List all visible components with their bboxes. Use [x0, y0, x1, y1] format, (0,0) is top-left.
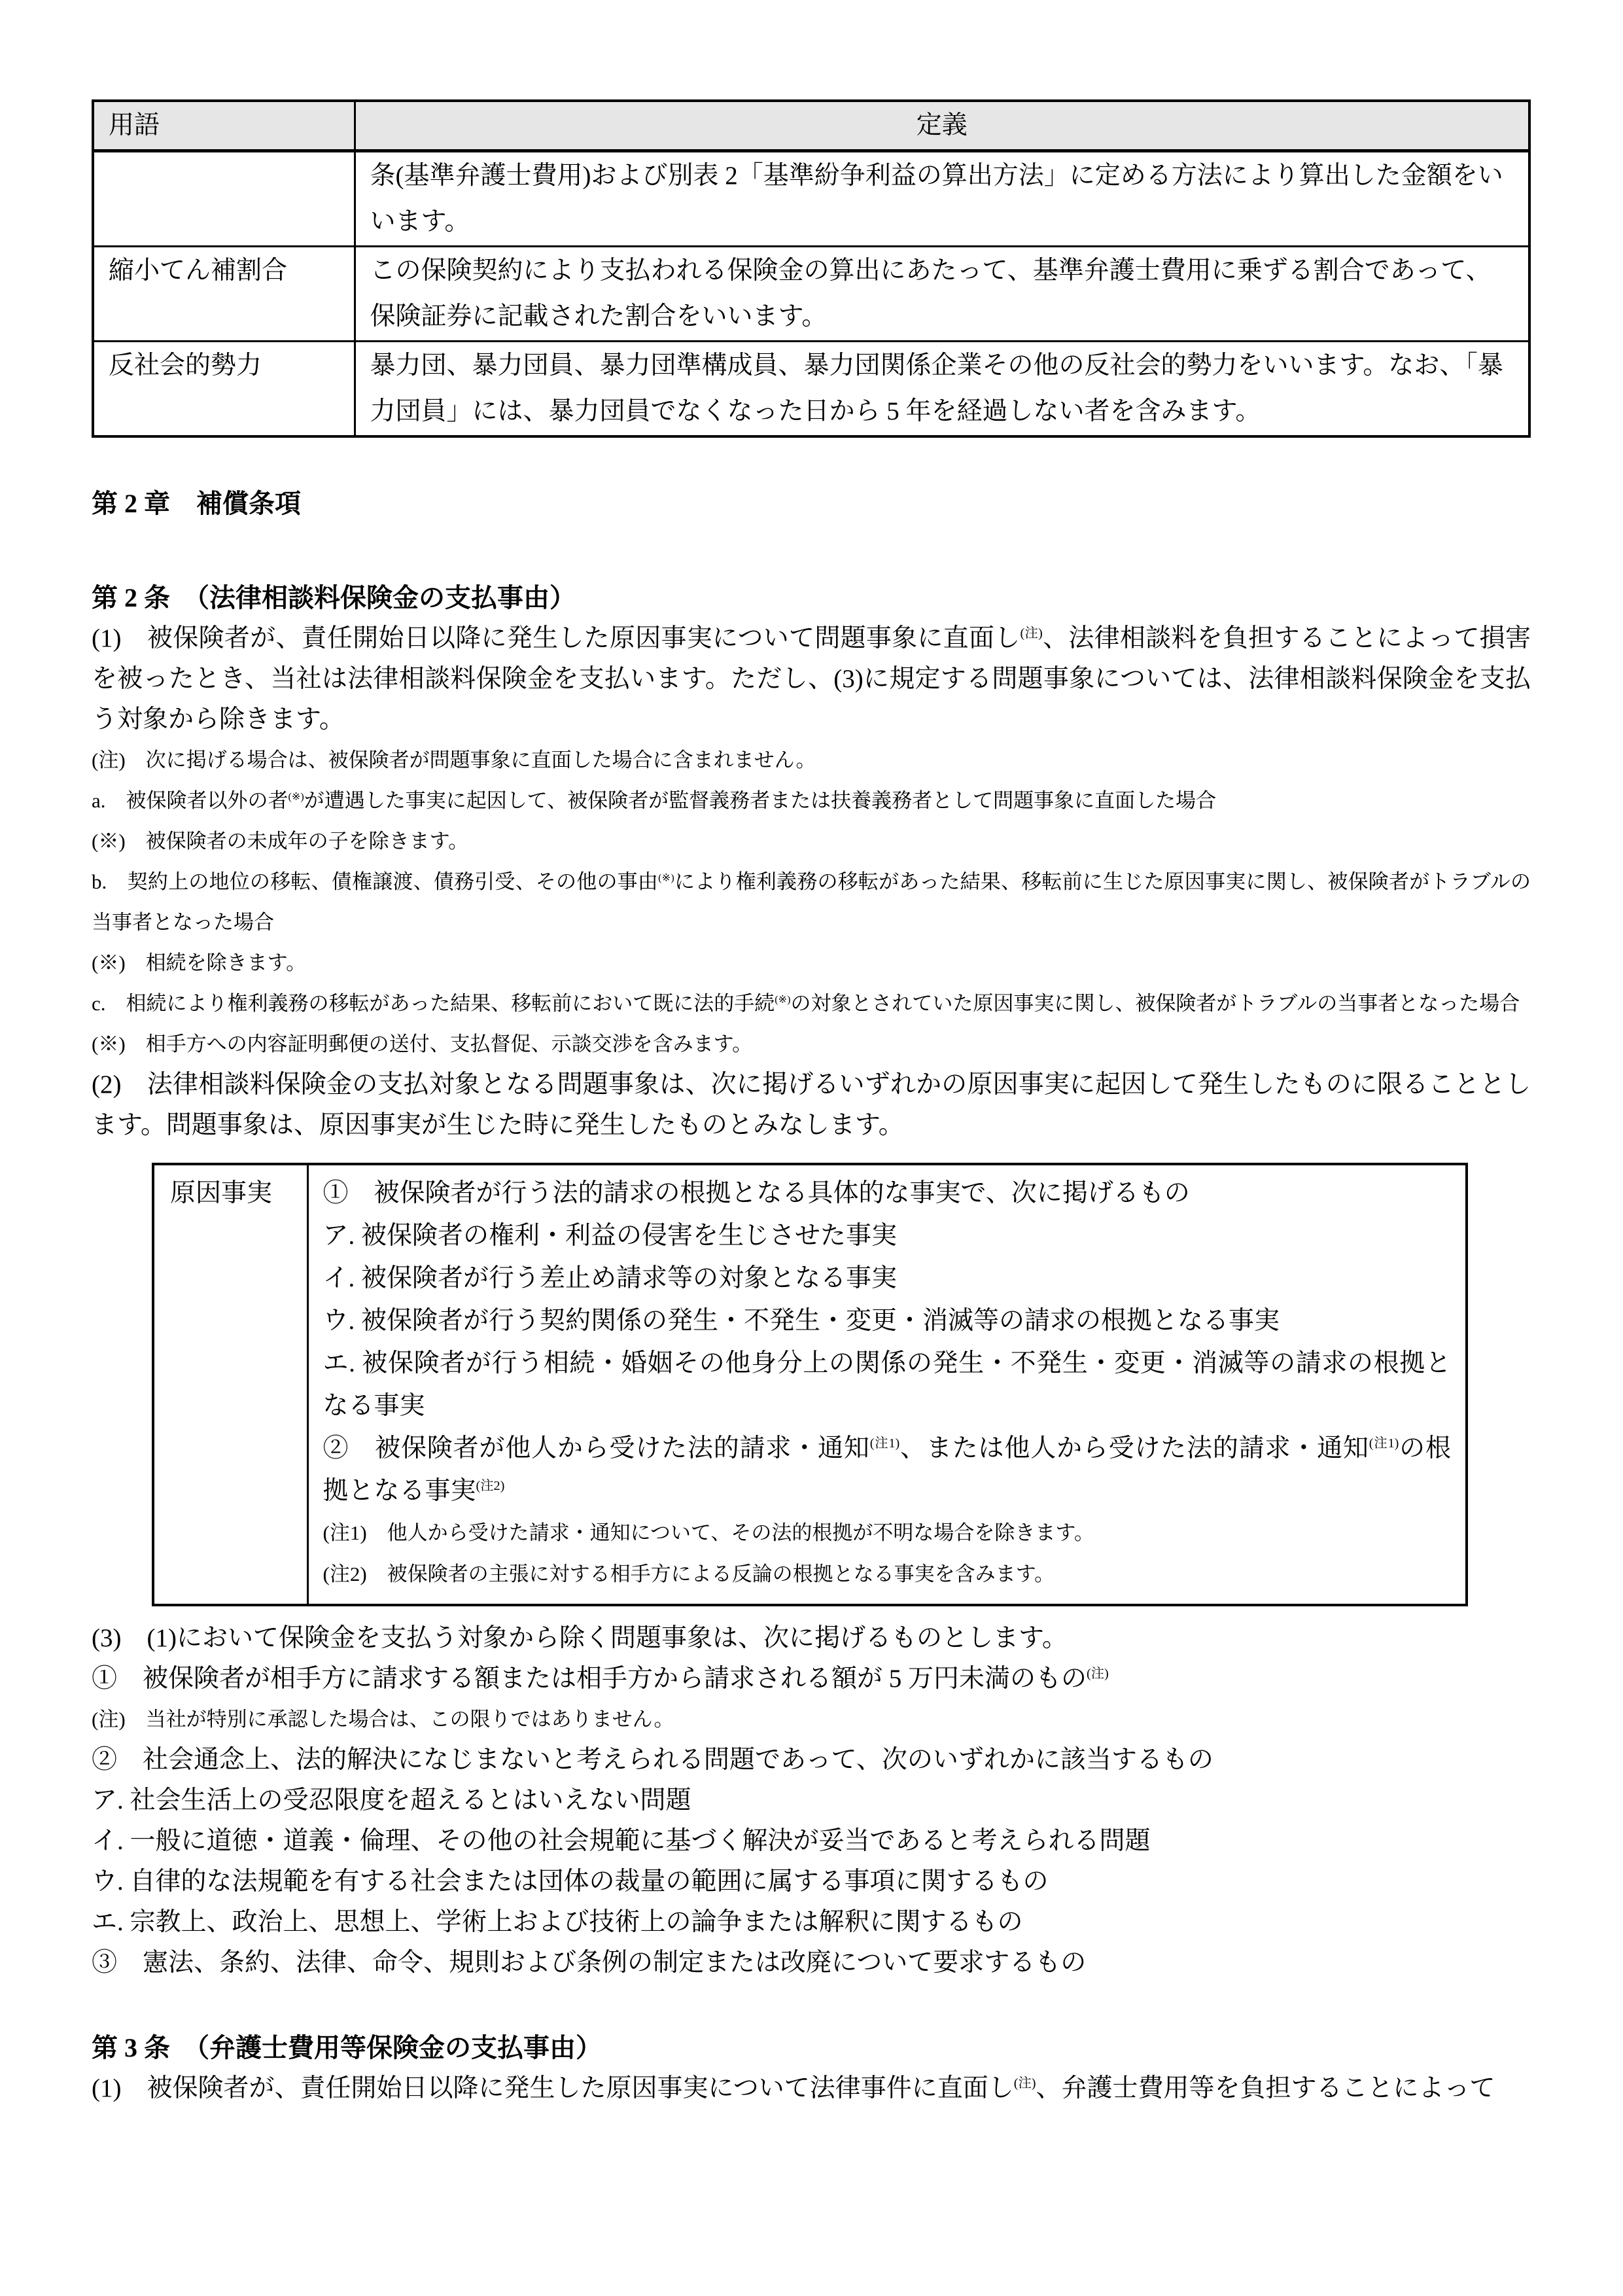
table-row: 反社会的勢力 暴力団、暴力団員、暴力団準構成員、暴力団関係企業その他の反社会的勢…	[93, 342, 1529, 437]
article2-paragraph-2: (2) 法律相談料保険金の支払対象となる問題事象は、次に掲げるいずれかの原因事実…	[92, 1065, 1531, 1146]
cause-note-1: (注1) 他人から受けた請求・通知について、その法的根拠が不明な場合を除きます。	[323, 1512, 1452, 1553]
cause-sub-a: ア. 被保険者の権利・利益の侵害を生じさせた事実	[323, 1214, 1452, 1257]
exclusion-item-1-note: (注) 当社が特別に承認した場合は、この限りではありません。	[92, 1699, 1531, 1740]
exclusion-item-2: ② 社会通念上、法的解決になじまないと考えられる問題であって、次のいずれかに該当…	[92, 1740, 1531, 1780]
cause-item-2: ② 被保険者が他人から受けた法的請求・通知(注1)、または他人から受けた法的請求…	[323, 1427, 1452, 1512]
term-cell: 縮小てん補割合	[93, 247, 355, 342]
cause-definition-cell: ① 被保険者が行う法的請求の根拠となる具体的な事実で、次に掲げるもの ア. 被保…	[307, 1164, 1467, 1605]
article2-heading: 第 2 条 （法律相談料保険金の支払事由）	[92, 578, 1531, 618]
exclusion-item-3: ③ 憲法、条約、法律、命令、規則および条例の制定または改廃について要求するもの	[92, 1943, 1531, 1983]
note-a-remark: (※) 被保険者の未成年の子を除きます。	[92, 821, 1531, 862]
cause-sub-u: ウ. 被保険者が行う契約関係の発生・不発生・変更・消滅等の請求の根拠となる事実	[323, 1299, 1452, 1342]
table-row: 縮小てん補割合 この保険契約により支払われる保険金の算出にあたって、基準弁護士費…	[93, 247, 1529, 342]
definitions-table: 用語 定義 条(基準弁護士費用)および別表 2「基準紛争利益の算出方法」に定める…	[92, 99, 1531, 438]
article2-paragraph-3: (3) (1)において保険金を支払う対象から除く問題事象は、次に掲げるものとしま…	[92, 1618, 1531, 1659]
definition-cell: 条(基準弁護士費用)および別表 2「基準紛争利益の算出方法」に定める方法により算…	[355, 151, 1529, 247]
article3-paragraph-1: (1) 被保険者が、責任開始日以降に発生した原因事実について法律事件に直面し(注…	[92, 2068, 1531, 2109]
article3-heading: 第 3 条 （弁護士費用等保険金の支払事由）	[92, 2028, 1531, 2068]
cause-term-cell: 原因事実	[153, 1164, 307, 1605]
definitions-header-row: 用語 定義	[93, 101, 1529, 151]
note-intro: (注) 次に掲げる場合は、被保険者が問題事象に直面した場合に含まれません。	[92, 740, 1531, 781]
note-b-remark: (※) 相続を除きます。	[92, 943, 1531, 983]
note-c-remark: (※) 相手方への内容証明郵便の送付、支払督促、示談交渉を含みます。	[92, 1024, 1531, 1065]
definition-cell: 暴力団、暴力団員、暴力団準構成員、暴力団関係企業その他の反社会的勢力をいいます。…	[355, 342, 1529, 437]
cause-note-2: (注2) 被保険者の主張に対する相手方による反論の根拠となる事実を含みます。	[323, 1553, 1452, 1595]
exclusion-item-1: ① 被保険者が相手方に請求する額または相手方から請求される額が 5 万円未満のも…	[92, 1659, 1531, 1699]
cause-facts-table: 原因事実 ① 被保険者が行う法的請求の根拠となる具体的な事実で、次に掲げるもの …	[152, 1163, 1468, 1606]
table-row: 原因事実 ① 被保険者が行う法的請求の根拠となる具体的な事実で、次に掲げるもの …	[153, 1164, 1467, 1605]
cause-sub-e: エ. 被保険者が行う相続・婚姻その他身分上の関係の発生・不発生・変更・消滅等の請…	[323, 1342, 1452, 1427]
document-page: 用語 定義 条(基準弁護士費用)および別表 2「基準紛争利益の算出方法」に定める…	[0, 0, 1623, 2109]
definition-cell: この保険契約により支払われる保険金の算出にあたって、基準弁護士費用に乗ずる割合で…	[355, 247, 1529, 342]
note-a: a. 被保険者以外の者(※)が遭遇した事実に起因して、被保険者が監督義務者または…	[92, 781, 1531, 821]
exclusion-item-2-e: エ. 宗教上、政治上、思想上、学術上および技術上の論争または解釈に関するもの	[92, 1902, 1531, 1943]
term-cell	[93, 151, 355, 247]
column-header-definition: 定義	[355, 101, 1529, 151]
chapter2-heading: 第 2 章 補償条項	[92, 484, 1531, 524]
article2-paragraph-1: (1) 被保険者が、責任開始日以降に発生した原因事実について問題事象に直面し(注…	[92, 618, 1531, 740]
exclusion-item-2-a: ア. 社会生活上の受忍限度を超えるとはいえない問題	[92, 1780, 1531, 1821]
cause-item-1: ① 被保険者が行う法的請求の根拠となる具体的な事実で、次に掲げるもの	[323, 1172, 1452, 1214]
cause-sub-i: イ. 被保険者が行う差止め請求等の対象となる事実	[323, 1257, 1452, 1299]
note-c: c. 相続により権利義務の移転があった結果、移転前において既に法的手続(※)の対…	[92, 983, 1531, 1024]
term-cell: 反社会的勢力	[93, 342, 355, 437]
table-row: 条(基準弁護士費用)および別表 2「基準紛争利益の算出方法」に定める方法により算…	[93, 151, 1529, 247]
column-header-term: 用語	[93, 101, 355, 151]
note-b: b. 契約上の地位の移転、債権譲渡、債務引受、その他の事由(※)により権利義務の…	[92, 862, 1531, 943]
exclusion-item-2-i: イ. 一般に道徳・道義・倫理、その他の社会規範に基づく解決が妥当であると考えられ…	[92, 1821, 1531, 1862]
exclusion-item-2-u: ウ. 自律的な法規範を有する社会または団体の裁量の範囲に属する事項に関するもの	[92, 1862, 1531, 1902]
